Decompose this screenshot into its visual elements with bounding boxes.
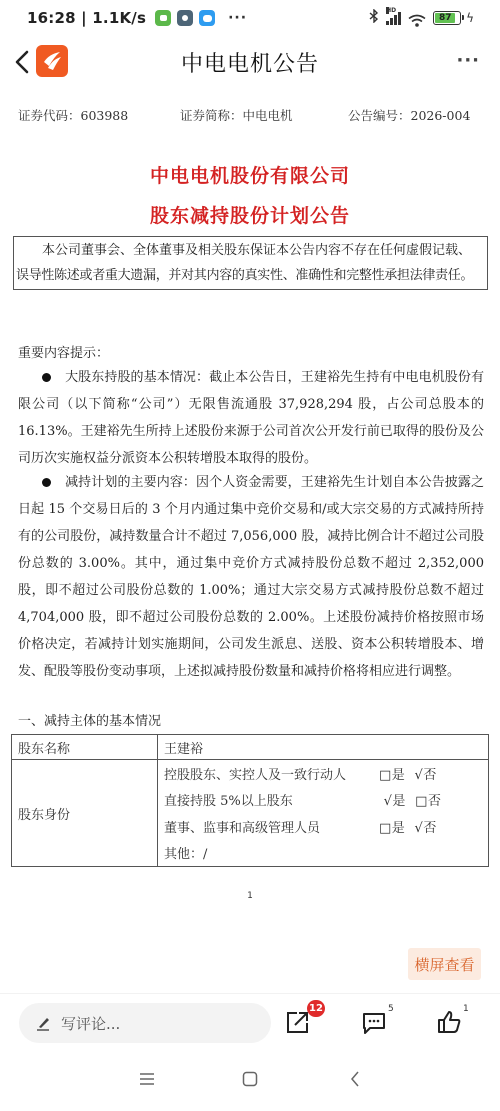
- chevron-left-icon: [350, 1071, 360, 1087]
- settings-notification-icon: [177, 10, 193, 26]
- bottom-action-bar: 写评论... 12 5 1: [0, 993, 500, 1049]
- home-button[interactable]: [238, 1067, 262, 1091]
- key-points-label: 重要内容提示：: [18, 342, 484, 361]
- charging-icon: ϟ: [466, 11, 474, 25]
- shareholder-name-value: 王建裕: [158, 735, 488, 759]
- share-count-badge: 12: [307, 1000, 325, 1017]
- status-bar: 16:28 | 1.1K/s ··· HD 87 ϟ: [0, 0, 500, 36]
- chat-notification-icon: [199, 10, 215, 26]
- green-app-notification-icon: [155, 10, 171, 26]
- notice-title: 股东减持股份计划公告: [0, 201, 500, 228]
- more-options-button[interactable]: ···: [456, 50, 480, 71]
- thumbs-up-icon: [436, 1009, 462, 1035]
- bullet-icon: [42, 478, 51, 487]
- announcement-number: 公告编号：2026-004: [348, 106, 470, 124]
- shareholder-identity-label: 股东身份: [12, 760, 158, 866]
- identity-row: 其他：/: [164, 840, 488, 867]
- company-title: 中电电机股份有限公司: [0, 161, 500, 188]
- like-count: 1: [463, 1004, 469, 1014]
- comment-count: 5: [388, 1004, 394, 1014]
- disclaimer-line-1: 本公司董事会、全体董事及相关股东保证本公告内容不存在任何虚假记载、: [16, 238, 487, 263]
- identity-row: 董事、监事和高级管理人员 □是 √否: [164, 813, 488, 840]
- bluetooth-icon: [369, 9, 379, 27]
- share-button[interactable]: 12: [285, 1009, 313, 1037]
- status-time: 16:28 | 1.1K/s: [27, 9, 146, 27]
- comments-button[interactable]: 5: [361, 1009, 389, 1037]
- system-nav-bar: [0, 1049, 500, 1111]
- more-notifications-icon: ···: [228, 10, 247, 26]
- bullet-icon: [42, 373, 51, 382]
- app-header: 中电电机公告 ···: [0, 40, 500, 84]
- shareholder-info-table: 股东名称 王建裕 股东身份 控股股东、实控人及一致行动人 □是 √否 直接持股 …: [11, 734, 489, 867]
- identity-row: 直接持股 5%以上股东 √是 □否: [164, 787, 488, 814]
- system-back-button[interactable]: [343, 1067, 367, 1091]
- disclaimer-line-2: 误导性陈述或者重大遗漏，并对其内容的真实性、准确性和完整性承担法律责任。: [16, 263, 487, 288]
- page-title: 中电电机公告: [0, 47, 500, 78]
- section-1-title: 一、减持主体的基本情况: [18, 710, 484, 729]
- security-short-name: 证券简称：中电电机: [180, 106, 348, 124]
- recent-apps-button[interactable]: [135, 1067, 159, 1091]
- pencil-icon: [36, 1015, 52, 1031]
- comment-input[interactable]: 写评论...: [19, 1003, 271, 1043]
- table-row: 股东身份 控股股东、实控人及一致行动人 □是 √否 直接持股 5%以上股东 √是…: [12, 760, 488, 866]
- shareholder-name-label: 股东名称: [12, 735, 158, 759]
- menu-icon: [139, 1072, 155, 1086]
- home-square-icon: [242, 1071, 258, 1087]
- bullet-reduction-plan: 减持计划的主要内容：因个人资金需要，王建裕先生计划自本公告披露之日起 15 个交…: [18, 469, 484, 685]
- wifi-icon: [408, 12, 426, 25]
- announcement-meta: 证券代码：603988 证券简称：中电电机 公告编号：2026-004: [18, 106, 488, 124]
- identity-row: 控股股东、实控人及一致行动人 □是 √否: [164, 760, 488, 787]
- security-code: 证券代码：603988: [18, 106, 180, 124]
- like-button[interactable]: 1: [436, 1009, 464, 1037]
- signal-icon: HD: [386, 11, 401, 25]
- battery-icon: 87: [433, 11, 461, 25]
- bullet-shareholding: 大股东持股的基本情况：截止本公告日，王建裕先生持有中电电机股份有限公司（以下简称…: [18, 364, 484, 472]
- share-icon: [285, 1009, 311, 1035]
- table-row: 股东名称 王建裕: [12, 735, 488, 760]
- page-number: 1: [0, 891, 500, 901]
- landscape-view-button[interactable]: 横屏查看: [408, 948, 481, 980]
- comment-bubble-icon: [361, 1009, 387, 1035]
- disclaimer-box: 本公司董事会、全体董事及相关股东保证本公告内容不存在任何虚假记载、 误导性陈述或…: [13, 236, 488, 290]
- comment-placeholder: 写评论...: [61, 1013, 120, 1034]
